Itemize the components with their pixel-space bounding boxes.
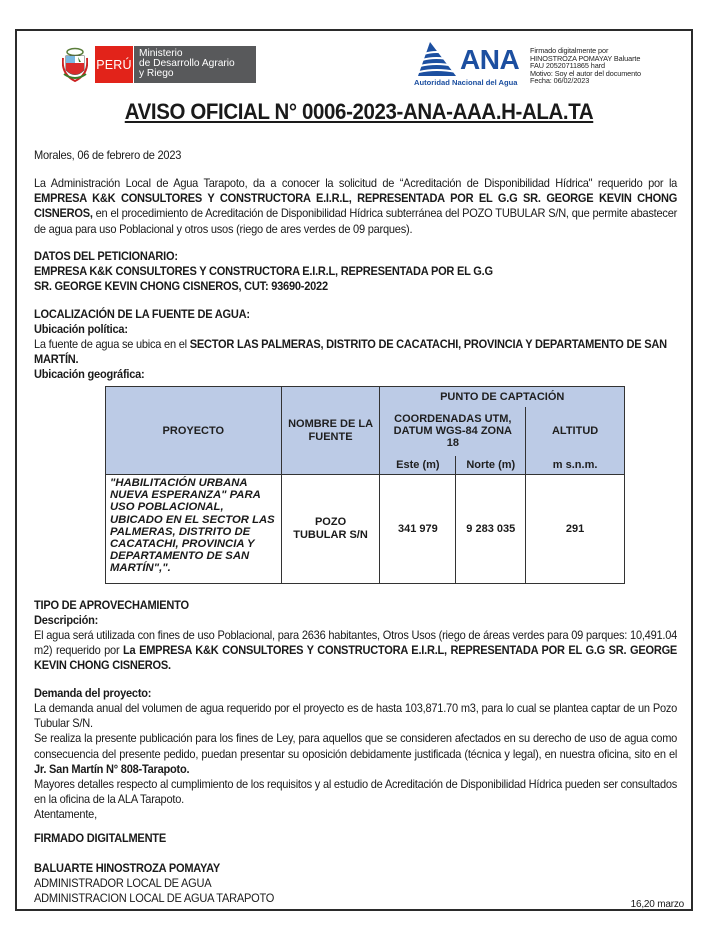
cell-source-name: POZO TUBULAR S/N: [281, 475, 380, 584]
demand-section: La demanda anual del volumen de agua req…: [34, 701, 677, 823]
demand-heading: Demanda del proyecto:: [34, 686, 678, 701]
table-row: "HABILITACIÓN URBANA NUEVA ESPERANZA" PA…: [106, 475, 625, 584]
usage-section: TIPO DE APROVECHAMIENTO Descripción:: [34, 598, 678, 628]
date-line: Morales, 06 de febrero de 2023: [34, 148, 678, 163]
ana-acronym: ANA: [460, 45, 519, 75]
ana-wave-icon: [416, 41, 458, 77]
geographic-location-table: PROYECTO NOMBRE DE LA FUENTE PUNTO DE CA…: [105, 386, 625, 584]
header-capture-point: PUNTO DE CAPTACIÓN: [380, 387, 625, 407]
signature-block: BALUARTE HINOSTROZA POMAYAY ADMINISTRADO…: [34, 861, 678, 907]
peru-label: PERÚ: [95, 46, 133, 83]
ana-full-name: Autoridad Nacional del Agua: [414, 78, 518, 87]
signer-role: ADMINISTRADOR LOCAL DE AGUA: [34, 876, 678, 891]
petitioner-section: DATOS DEL PETICIONARIO: EMPRESA K&K CONS…: [34, 249, 678, 295]
usage-description: El agua será utilizada con fines de uso …: [34, 628, 677, 674]
cell-altitude: 291: [526, 475, 625, 584]
signer-office: ADMINISTRACION LOCAL DE AGUA TARAPOTO: [34, 891, 678, 906]
location-heading: LOCALIZACIÓN DE LA FUENTE DE AGUA:: [34, 307, 678, 322]
publication-dates: 16,20 marzo: [631, 899, 684, 910]
intro-paragraph: La Administración Local de Agua Tarapoto…: [34, 176, 677, 237]
header-project: PROYECTO: [106, 387, 282, 475]
header-source-name: NOMBRE DE LA FUENTE: [281, 387, 380, 475]
header-altitude: ALTITUD: [526, 407, 625, 456]
description-label: Descripción:: [34, 613, 678, 628]
usage-heading: TIPO DE APROVECHAMIENTO: [34, 598, 678, 613]
coat-of-arms-icon: [62, 46, 88, 83]
political-label: Ubicación política:: [34, 322, 678, 337]
header-north: Norte (m): [456, 456, 526, 475]
cell-east: 341 979: [380, 475, 456, 584]
signer-name: BALUARTE HINOSTROZA POMAYAY: [34, 861, 678, 876]
cell-project: "HABILITACIÓN URBANA NUEVA ESPERANZA" PA…: [106, 475, 282, 584]
digitally-signed-label: FIRMADO DIGITALMENTE: [34, 831, 678, 846]
header-east: Este (m): [380, 456, 456, 475]
geographic-label: Ubicación geográfica:: [34, 367, 678, 382]
ministry-name: Ministerio de Desarrollo Agrario y Riego: [133, 46, 256, 83]
notice-title: AVISO OFICIAL N° 0006-2023-ANA-AAA.H-ALA…: [25, 99, 693, 125]
header-coordinates: COORDENADAS UTM, DATUM WGS-84 ZONA 18: [380, 407, 526, 456]
location-section: LOCALIZACIÓN DE LA FUENTE DE AGUA: Ubica…: [34, 307, 678, 337]
cell-north: 9 283 035: [456, 475, 526, 584]
ministry-logo: PERÚ Ministerio de Desarrollo Agrario y …: [62, 46, 256, 83]
header-altitude-unit: m s.n.m.: [526, 456, 625, 475]
petitioner-heading: DATOS DEL PETICIONARIO:: [34, 249, 678, 264]
political-location: La fuente de agua se ubica en el SECTOR …: [34, 337, 677, 367]
digital-signature-stamp: Firmado digitalmente por HINOSTROZA POMA…: [530, 47, 641, 85]
